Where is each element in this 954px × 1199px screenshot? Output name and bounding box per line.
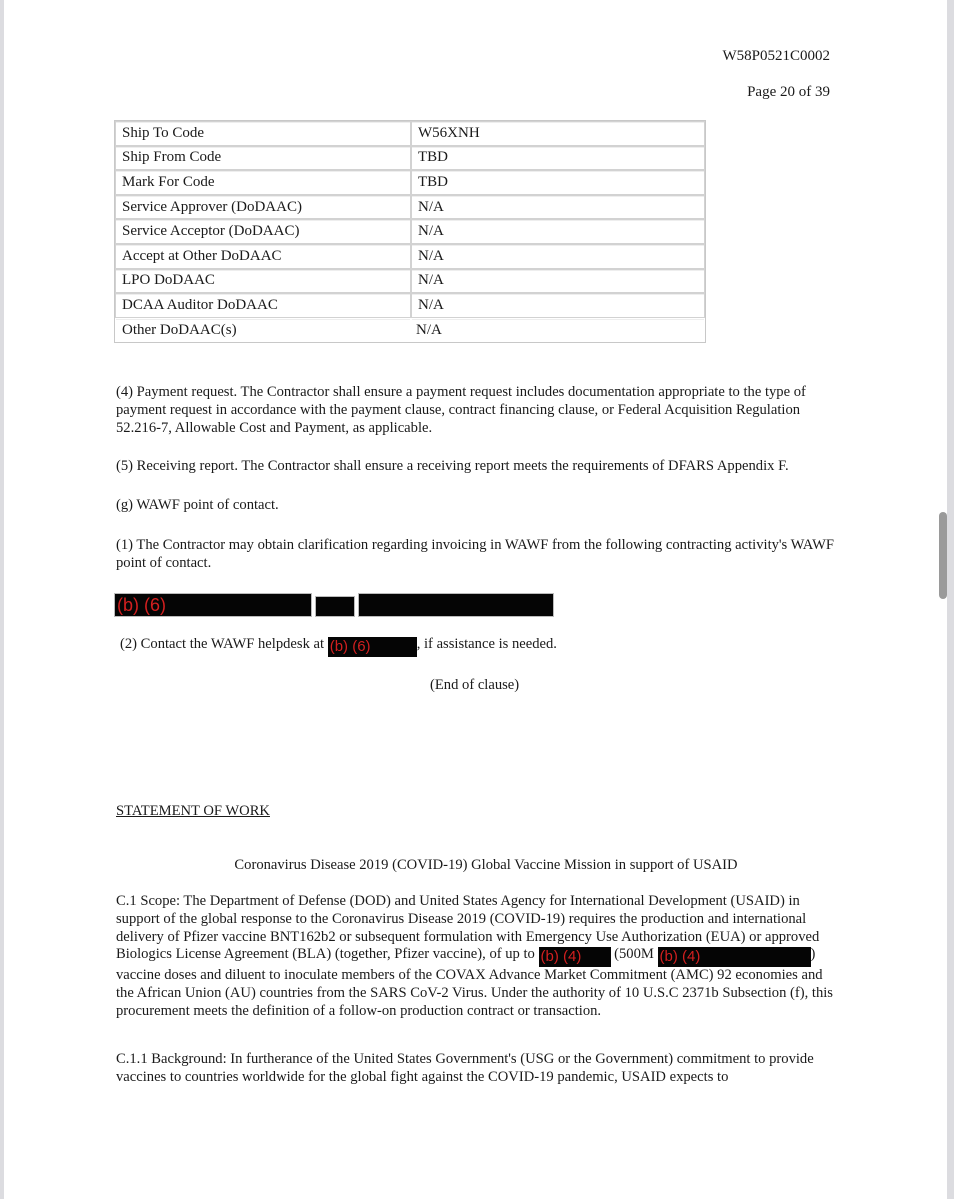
table-row: LPO DoDAACN/A xyxy=(115,269,705,294)
code-label: Service Approver (DoDAAC) xyxy=(115,195,411,220)
code-label: Ship To Code xyxy=(115,121,411,146)
sow-heading: STATEMENT OF WORK xyxy=(116,803,838,821)
c1-text-2: (500M xyxy=(611,946,658,962)
helpdesk-text-after: , if assistance is needed. xyxy=(417,636,557,652)
wawf-poc-paragraph-2: (2) Contact the WAWF helpdesk at (b) (6)… xyxy=(120,636,842,657)
redacted-helpdesk: (b) (6) xyxy=(328,637,417,657)
code-value: N/A xyxy=(411,219,705,244)
code-value: W56XNH xyxy=(411,121,705,146)
redacted-dose-count: (b) (4) xyxy=(539,947,611,967)
code-label: Service Acceptor (DoDAAC) xyxy=(115,219,411,244)
code-value: TBD xyxy=(411,170,705,195)
table-row: Other DoDAAC(s)N/A xyxy=(115,318,705,343)
code-value: N/A xyxy=(411,318,705,343)
code-label: Accept at Other DoDAAC xyxy=(115,244,411,269)
table-row: Ship To CodeW56XNH xyxy=(115,121,705,146)
vertical-scrollbar[interactable] xyxy=(939,512,947,599)
code-value: N/A xyxy=(411,269,705,294)
payment-request-paragraph: (4) Payment request. The Contractor shal… xyxy=(116,384,838,437)
helpdesk-text-before: (2) Contact the WAWF helpdesk at xyxy=(120,636,328,652)
code-value: N/A xyxy=(411,244,705,269)
sow-title: Coronavirus Disease 2019 (COVID-19) Glob… xyxy=(116,857,856,875)
code-value: N/A xyxy=(411,293,705,318)
code-label: Mark For Code xyxy=(115,170,411,195)
code-value: N/A xyxy=(411,195,705,220)
code-label: DCAA Auditor DoDAAC xyxy=(115,293,411,318)
table-row: Mark For CodeTBD xyxy=(115,170,705,195)
code-label: LPO DoDAAC xyxy=(115,269,411,294)
receiving-report-paragraph: (5) Receiving report. The Contractor sha… xyxy=(116,458,838,476)
table-row: Service Acceptor (DoDAAC)N/A xyxy=(115,219,705,244)
table-row: Accept at Other DoDAACN/A xyxy=(115,244,705,269)
c1-scope-paragraph: C.1 Scope: The Department of Defense (DO… xyxy=(116,893,838,1021)
redacted-contact-field xyxy=(315,596,355,617)
code-value: TBD xyxy=(411,146,705,171)
wawf-poc-paragraph-1: (1) The Contractor may obtain clarificat… xyxy=(116,537,838,573)
contract-number: W58P0521C0002 xyxy=(722,48,830,65)
wawf-poc-heading: (g) WAWF point of contact. xyxy=(116,497,838,515)
table-row: Service Approver (DoDAAC)N/A xyxy=(115,195,705,220)
table-row: Ship From CodeTBD xyxy=(115,146,705,171)
code-label: Other DoDAAC(s) xyxy=(115,318,411,343)
table-row: DCAA Auditor DoDAACN/A xyxy=(115,293,705,318)
code-label: Ship From Code xyxy=(115,146,411,171)
page-number: Page 20 of 39 xyxy=(747,84,830,101)
redacted-contact-detail xyxy=(358,593,554,617)
redacted-contact-name: (b) (6) xyxy=(114,593,312,617)
end-of-clause: (End of clause) xyxy=(430,677,519,695)
dodaac-codes-table: Ship To CodeW56XNHShip From CodeTBDMark … xyxy=(114,120,706,343)
redacted-dose-detail: (b) (4) xyxy=(658,947,811,967)
c11-background-paragraph: C.1.1 Background: In furtherance of the … xyxy=(116,1051,838,1087)
